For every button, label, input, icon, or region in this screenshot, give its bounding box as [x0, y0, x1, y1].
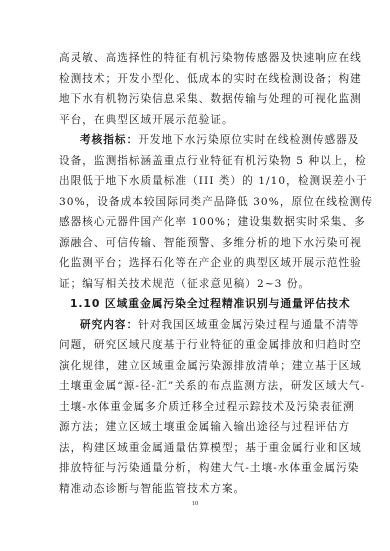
- text-line: 感器核心元器件国产化率 100%；建设集数据实时采集、多: [59, 212, 332, 233]
- assessment-indicators-label: 考核指标：: [80, 134, 138, 146]
- text-line: 精准动态诊断与智能监管技术方案。: [59, 479, 332, 500]
- text-span: 针对我国区域重金属污染过程与通量不清等: [138, 319, 359, 331]
- page-content: 高灵敏、高选择性的特征有机污染物传感器及快速响应在线 检测技术；开发小型化、低成…: [59, 48, 332, 499]
- text-line: 问题，研究区域尺度基于行业特征的重金属排放和归趋时空: [59, 335, 332, 356]
- document-page: 高灵敏、高选择性的特征有机污染物传感器及快速响应在线 检测技术；开发小型化、低成…: [0, 0, 390, 551]
- page-number: 10: [187, 500, 203, 507]
- text-line: 土壤重金属“源-径-汇”关系的布点监测方法，研发区域大气-: [59, 376, 332, 397]
- text-line: 源融合、可信传输、智能预警、多维分析的地下水污染可视: [59, 233, 332, 254]
- research-content-label: 研究内容：: [80, 319, 138, 331]
- text-line: 化监测平台；选择石化等在产企业的典型区域开展示范性验: [59, 253, 332, 274]
- text-span: 开发地下水污染原位实时在线检测传感器及: [138, 134, 359, 146]
- text-line: 土壤-水体重金属多介质迁移全过程示踪技术及污染表征溯: [59, 397, 332, 418]
- text-line: 30%，设备成本较国际同类产品降低 30%，原位在线检测传: [59, 192, 332, 213]
- text-line: 出限低于地下水质量标准（III 类）的 1/10，检测误差小于: [59, 171, 332, 192]
- text-line: 考核指标：开发地下水污染原位实时在线检测传感器及: [59, 130, 332, 151]
- text-line: 源方法；建立区域土壤重金属输入输出途径与过程评估方: [59, 417, 332, 438]
- paragraph-research-methods-continued: 高灵敏、高选择性的特征有机污染物传感器及快速响应在线 检测技术；开发小型化、低成…: [59, 48, 332, 130]
- text-line: 排放特征与污染通量分析，构建大气-土壤-水体重金属污染: [59, 458, 332, 479]
- text-line: 研究内容：针对我国区域重金属污染过程与通量不清等: [59, 315, 332, 336]
- paragraph-assessment-indicators: 考核指标：开发地下水污染原位实时在线检测传感器及 设备，监测指标涵盖重点行业特征…: [59, 130, 332, 294]
- paragraph-research-content: 研究内容：针对我国区域重金属污染过程与通量不清等 问题，研究区域尺度基于行业特征…: [59, 315, 332, 500]
- text-line: 演化规律，建立区域重金属污染源排放清单；建立基于区域: [59, 356, 332, 377]
- text-line: 证；编写相关技术规范（征求意见稿）2~3 份。: [59, 274, 332, 295]
- section-heading: 1.10 区域重金属污染全过程精准识别与通量评估技术: [59, 294, 332, 315]
- text-line: 高灵敏、高选择性的特征有机污染物传感器及快速响应在线: [59, 48, 332, 69]
- text-line: 平台，在典型区域开展示范验证。: [59, 110, 332, 131]
- text-line: 法，构建区域重金属通量估算模型；基于重金属行业和区域: [59, 438, 332, 459]
- text-line: 设备，监测指标涵盖重点行业特征有机污染物 5 种以上，检: [59, 151, 332, 172]
- text-line: 检测技术；开发小型化、低成本的实时在线检测设备；构建: [59, 69, 332, 90]
- text-line: 地下水有机物污染信息采集、数据传输与处理的可视化监测: [59, 89, 332, 110]
